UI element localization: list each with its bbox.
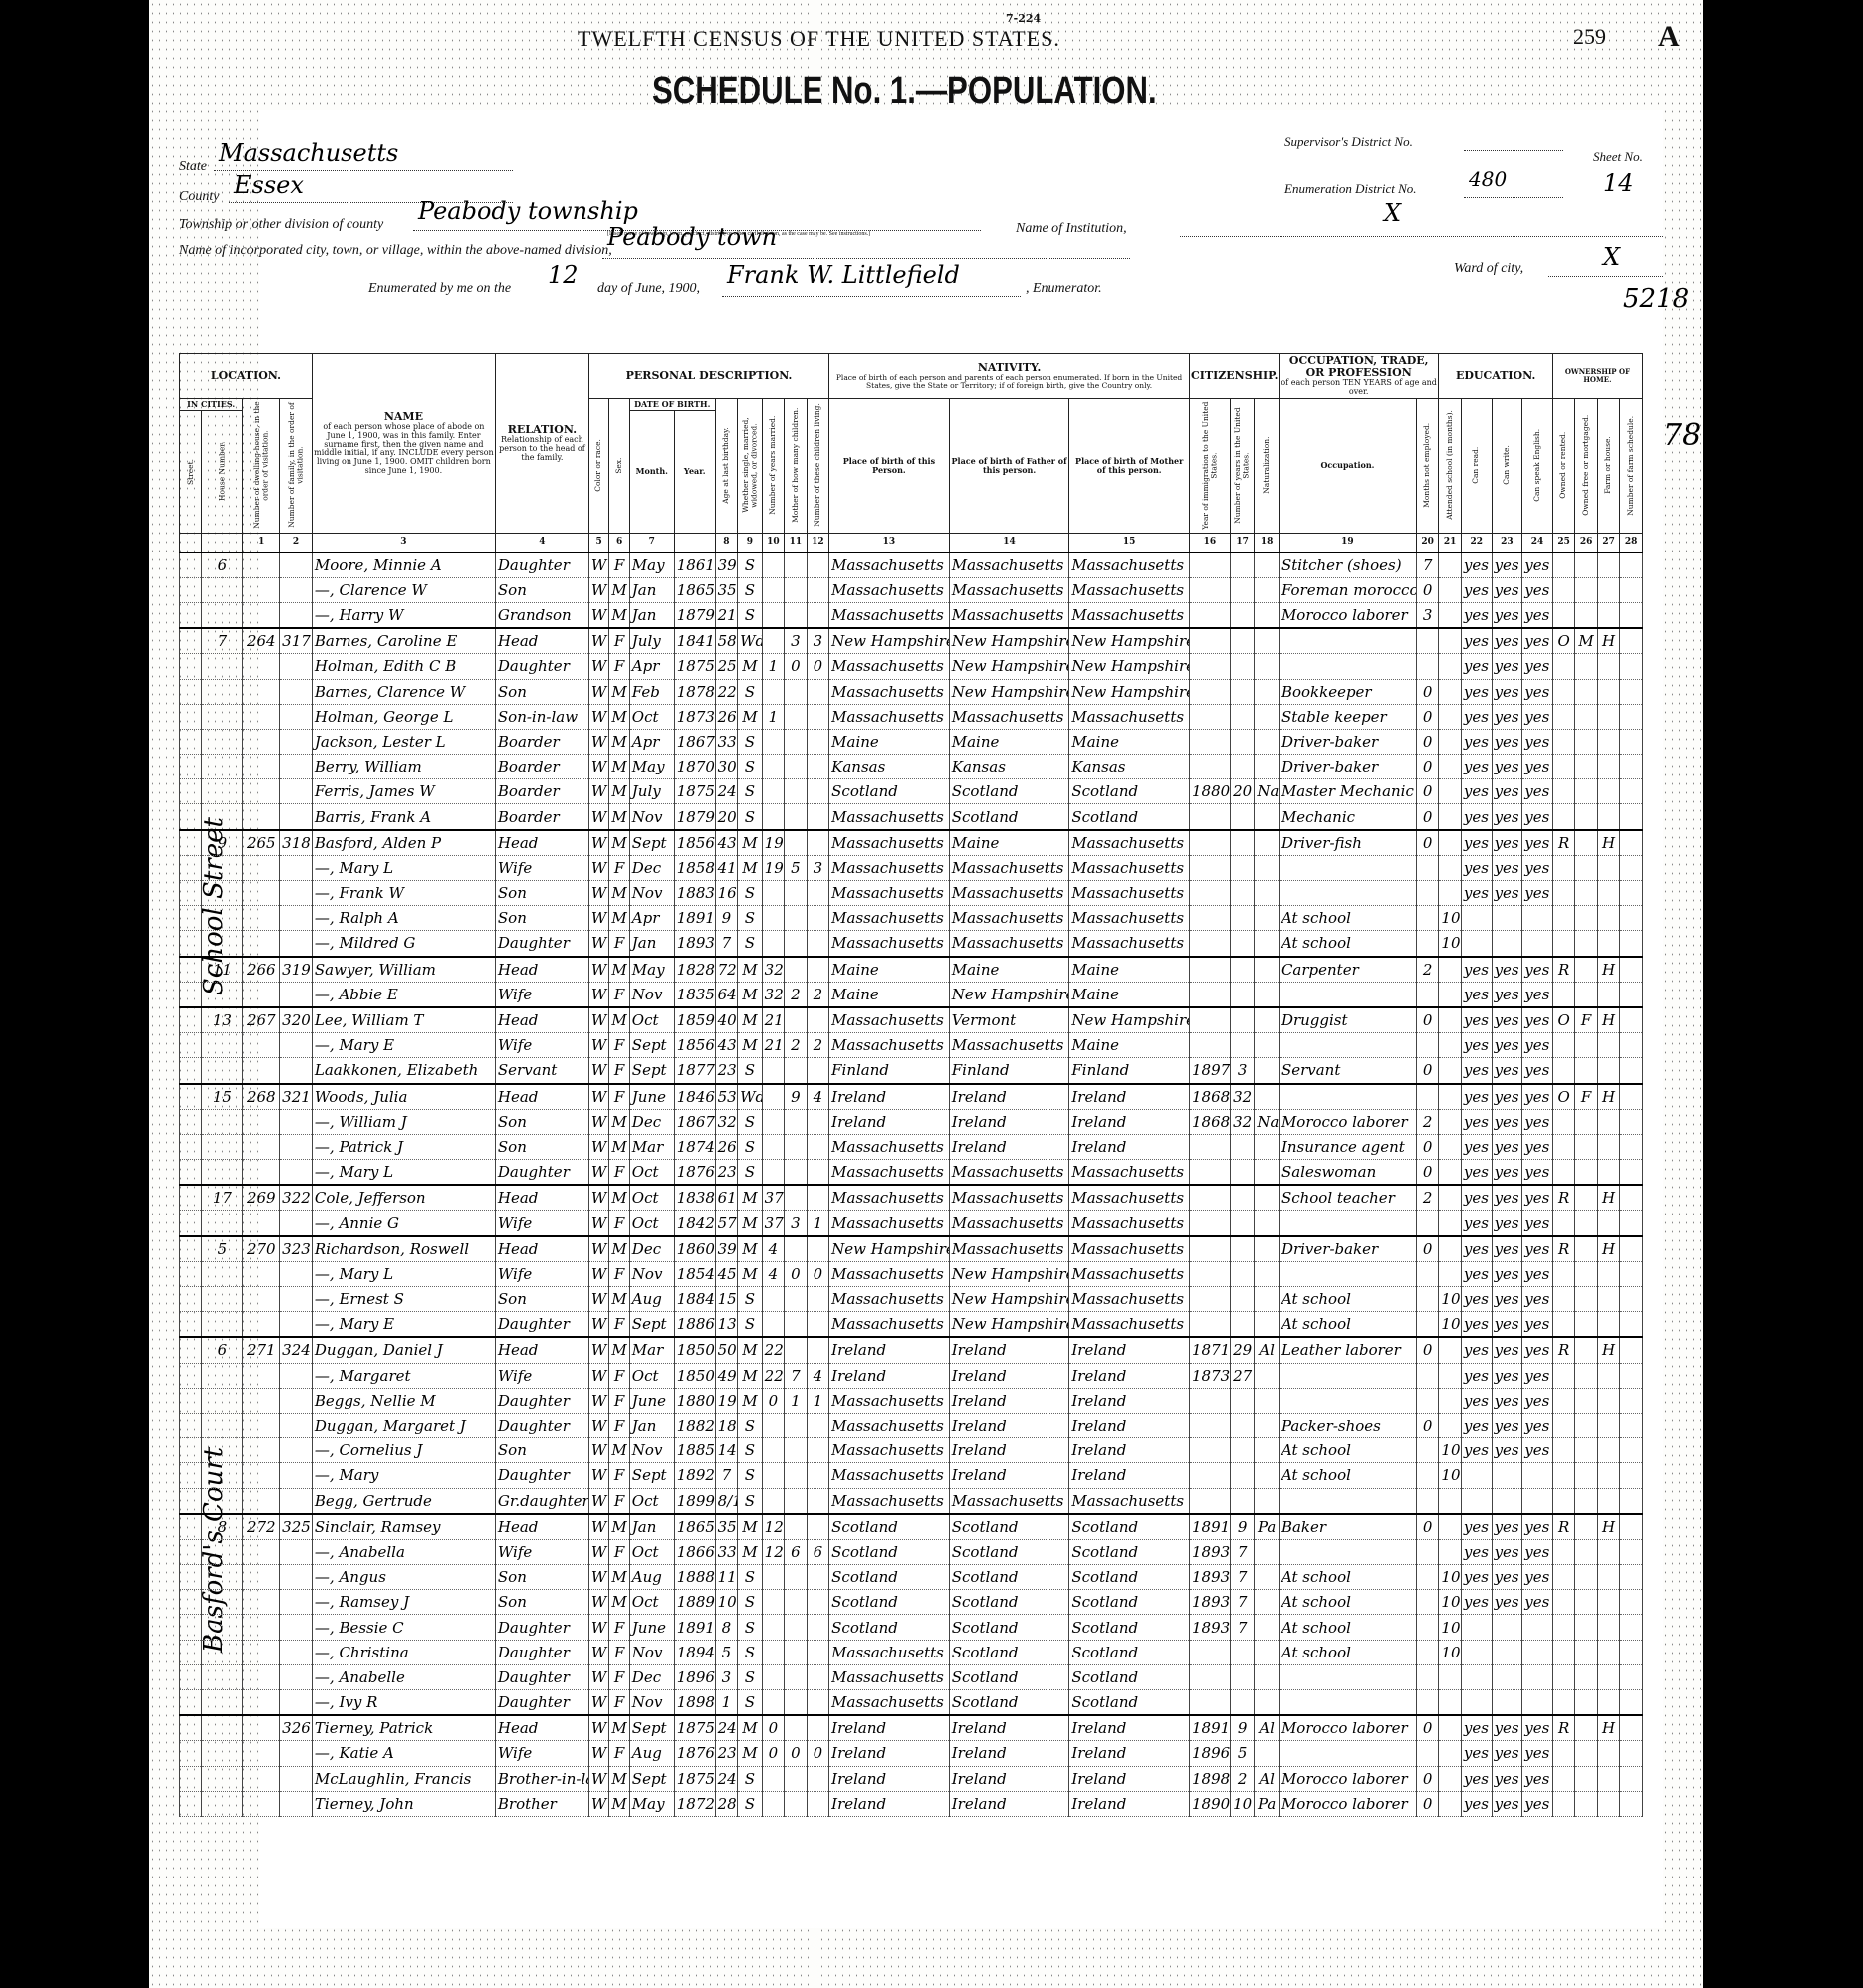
cell-occ: School teacher: [1279, 1185, 1416, 1211]
cell-ym: 1: [762, 654, 784, 679]
cell-own: [1552, 1160, 1574, 1186]
cell-imm: 1880: [1190, 779, 1231, 804]
cell-color: W: [588, 1312, 608, 1338]
cell-sex: F: [609, 1615, 629, 1640]
cell-read: [1461, 1488, 1492, 1514]
cell-unemp: 3: [1416, 602, 1439, 628]
cell-mo: Dec: [629, 1109, 674, 1134]
cell-fh: [1597, 1565, 1619, 1590]
cell-unemp: [1416, 855, 1439, 880]
cell-own: [1552, 1312, 1574, 1338]
table-row: —, MaryDaughterWFSept18927SMassachusetts…: [180, 1463, 1643, 1488]
cell-house: [202, 602, 243, 628]
cell-mar: M: [738, 704, 763, 729]
cell-unemp: 0: [1416, 1413, 1439, 1437]
cell-dw: [243, 1791, 280, 1816]
cell-rel: Brother: [495, 1791, 588, 1816]
cell-fs: [1620, 1791, 1643, 1816]
cell-moc: [785, 1565, 807, 1590]
cell-fs: [1620, 1363, 1643, 1388]
cell-moc: 9: [785, 1084, 807, 1110]
cell-ym: [762, 602, 784, 628]
cell-sch: 10: [1439, 1312, 1461, 1338]
cell-fs: [1620, 1590, 1643, 1615]
cell-fs: [1620, 1514, 1643, 1540]
cell-street: [180, 1363, 202, 1388]
cell-dw: 272: [243, 1514, 280, 1540]
cell-fh: H: [1597, 1185, 1619, 1211]
cell-imm: [1190, 679, 1231, 704]
cell-moc: 0: [785, 1741, 807, 1766]
cell-write: yes: [1492, 1715, 1522, 1741]
cell-own: [1552, 779, 1574, 804]
cell-fam: [280, 1261, 313, 1286]
cell-fs: [1620, 654, 1643, 679]
cell-occ: Bookkeeper: [1279, 679, 1416, 704]
column-number: 16: [1190, 533, 1231, 552]
cell-bp: New Hampshire: [829, 628, 950, 654]
cell-own: [1552, 1590, 1574, 1615]
cell-yus: 9: [1230, 1715, 1255, 1741]
cell-name: —, Angus: [312, 1565, 495, 1590]
cell-nat: [1255, 957, 1280, 983]
cell-occ: At school: [1279, 1615, 1416, 1640]
cell-unemp: [1416, 1640, 1439, 1664]
cell-eng: yes: [1522, 654, 1553, 679]
cell-name: Tierney, Patrick: [312, 1715, 495, 1741]
cell-yus: 7: [1230, 1590, 1255, 1615]
cell-house: 9: [202, 830, 243, 856]
cell-name: Jackson, Lester L: [312, 729, 495, 754]
cell-house: [202, 1058, 243, 1084]
cell-occ: At school: [1279, 1590, 1416, 1615]
cell-house: [202, 1211, 243, 1236]
cell-fs: [1620, 881, 1643, 906]
cell-imm: [1190, 855, 1231, 880]
cell-fam: [280, 1664, 313, 1689]
cell-sch: [1439, 1791, 1461, 1816]
cell-age: 14: [715, 1438, 737, 1463]
cell-house: 8: [202, 1514, 243, 1540]
cell-color: W: [588, 729, 608, 754]
cell-bp: Massachusetts: [829, 1160, 950, 1186]
cell-dw: [243, 1488, 280, 1514]
cell-fs: [1620, 1033, 1643, 1058]
cell-age: 49: [715, 1363, 737, 1388]
cell-sch: [1439, 1766, 1461, 1791]
cell-cl: [807, 1514, 829, 1540]
cell-mar: S: [738, 1438, 763, 1463]
cell-own: R: [1552, 1715, 1574, 1741]
cell-rel: Brother-in-law: [495, 1766, 588, 1791]
cell-age: 43: [715, 1033, 737, 1058]
cell-yr: 1879: [674, 602, 715, 628]
cell-mar: S: [738, 1640, 763, 1664]
cell-unemp: 0: [1416, 1766, 1439, 1791]
cell-occ: [1279, 1539, 1416, 1564]
cell-write: yes: [1492, 1766, 1522, 1791]
ward-line: [1548, 275, 1663, 277]
cell-moc: [785, 1058, 807, 1084]
cell-fm: [1575, 830, 1597, 856]
cell-moc: [785, 679, 807, 704]
cell-fam: [280, 1463, 313, 1488]
cell-age: 28: [715, 1791, 737, 1816]
cell-street: [180, 1488, 202, 1514]
column-number: 8: [715, 533, 737, 552]
cell-fam: [280, 1615, 313, 1640]
cell-unemp: 0: [1416, 729, 1439, 754]
cell-fh: H: [1597, 830, 1619, 856]
cell-ym: [762, 1488, 784, 1514]
cell-name: Sawyer, William: [312, 957, 495, 983]
column-number: 14: [949, 533, 1069, 552]
cell-fam: [280, 1109, 313, 1134]
cell-street: [180, 1058, 202, 1084]
col-group-location: LOCATION.: [180, 354, 313, 399]
cell-rel: Daughter: [495, 1413, 588, 1437]
cell-name: —, Mary L: [312, 1160, 495, 1186]
cell-fam: [280, 931, 313, 957]
cell-name: —, Patrick J: [312, 1134, 495, 1159]
cell-mo: July: [629, 628, 674, 654]
cell-house: 15: [202, 1084, 243, 1110]
column-number: 24: [1522, 533, 1553, 552]
cell-nat: [1255, 1134, 1280, 1159]
cell-bp: New Hampshire: [829, 1236, 950, 1262]
cell-fm: [1575, 1134, 1597, 1159]
cell-sex: M: [609, 779, 629, 804]
cell-moc: 3: [785, 628, 807, 654]
cell-eng: yes: [1522, 1791, 1553, 1816]
cell-imm: [1190, 1007, 1231, 1033]
cell-own: [1552, 552, 1574, 578]
cell-moc: [785, 1312, 807, 1338]
township-value: Peabody township: [418, 197, 638, 225]
cell-color: W: [588, 1236, 608, 1262]
cell-yr: 1896: [674, 1664, 715, 1689]
cell-occ: Driver-baker: [1279, 755, 1416, 779]
cell-eng: yes: [1522, 1565, 1553, 1590]
cell-house: [202, 1438, 243, 1463]
cell-house: [202, 1791, 243, 1816]
cell-ym: [762, 1287, 784, 1312]
cell-imm: 1868: [1190, 1109, 1231, 1134]
cell-nat: [1255, 1084, 1280, 1110]
cell-eng: yes: [1522, 830, 1553, 856]
cell-fam: [280, 1640, 313, 1664]
cell-imm: [1190, 1312, 1231, 1338]
cell-street: [180, 1312, 202, 1338]
cell-color: W: [588, 779, 608, 804]
cell-yus: [1230, 628, 1255, 654]
cell-moc: [785, 1488, 807, 1514]
cell-yus: [1230, 1211, 1255, 1236]
cell-dw: [243, 1463, 280, 1488]
table-row: Jackson, Lester LBoarderWMApr186733SMain…: [180, 729, 1643, 754]
cell-name: —, Mary L: [312, 855, 495, 880]
cell-mo: Apr: [629, 729, 674, 754]
cell-eng: yes: [1522, 552, 1553, 578]
cell-mo: May: [629, 957, 674, 983]
cell-sex: F: [609, 931, 629, 957]
cell-write: [1492, 1664, 1522, 1689]
cell-eng: yes: [1522, 1134, 1553, 1159]
column-number: [180, 533, 202, 552]
cell-cl: [807, 1058, 829, 1084]
cell-mo: May: [629, 755, 674, 779]
cell-bf: Scotland: [949, 1539, 1069, 1564]
cell-age: 45: [715, 1261, 737, 1286]
cell-fm: [1575, 804, 1597, 830]
cell-yr: 1891: [674, 1615, 715, 1640]
cell-color: W: [588, 1109, 608, 1134]
cell-fm: [1575, 1640, 1597, 1664]
table-row: Tierney, JohnBrotherWMMay187228SIrelandI…: [180, 1791, 1643, 1816]
cell-nat: [1255, 931, 1280, 957]
cell-cl: [807, 881, 829, 906]
cell-own: [1552, 1664, 1574, 1689]
cell-moc: [785, 1664, 807, 1689]
cell-bm: Ireland: [1069, 1791, 1190, 1816]
cell-write: yes: [1492, 1007, 1522, 1033]
cell-fm: [1575, 881, 1597, 906]
cell-write: yes: [1492, 1565, 1522, 1590]
cell-rel: Wife: [495, 855, 588, 880]
cell-yr: 1889: [674, 1590, 715, 1615]
cell-dw: [243, 729, 280, 754]
cell-dw: [243, 552, 280, 578]
cell-fs: [1620, 855, 1643, 880]
cell-own: [1552, 931, 1574, 957]
cell-fm: [1575, 1791, 1597, 1816]
cell-read: [1461, 1664, 1492, 1689]
cell-bm: Massachusetts: [1069, 577, 1190, 602]
cell-eng: yes: [1522, 1084, 1553, 1110]
col-birth-mother: Place of birth of Mother of this person.: [1069, 398, 1190, 533]
cell-color: W: [588, 1640, 608, 1664]
cell-occ: Leather laborer: [1279, 1337, 1416, 1363]
cell-bf: Ireland: [949, 1741, 1069, 1766]
cell-fh: [1597, 1590, 1619, 1615]
cell-fam: [280, 855, 313, 880]
cell-street: [180, 1766, 202, 1791]
cell-mo: Nov: [629, 982, 674, 1007]
cell-ym: 32: [762, 957, 784, 983]
cell-color: W: [588, 1134, 608, 1159]
cell-dw: [243, 602, 280, 628]
cell-moc: [785, 881, 807, 906]
cell-rel: Daughter: [495, 1640, 588, 1664]
cell-mar: M: [738, 855, 763, 880]
cell-fs: [1620, 1058, 1643, 1084]
cell-mo: Oct: [629, 1007, 674, 1033]
cell-sch: [1439, 1109, 1461, 1134]
enumerated-suffix: day of June, 1900,: [597, 281, 700, 297]
cell-fs: [1620, 1312, 1643, 1338]
cell-write: yes: [1492, 602, 1522, 628]
cell-write: yes: [1492, 1791, 1522, 1816]
table-row: 9265318Basford, Alden PHeadWMSept185643M…: [180, 830, 1643, 856]
cell-fs: [1620, 957, 1643, 983]
cell-dw: [243, 1261, 280, 1286]
cell-dw: [243, 1312, 280, 1338]
cell-mo: Sept: [629, 1058, 674, 1084]
cell-sex: M: [609, 704, 629, 729]
cell-color: W: [588, 1741, 608, 1766]
cell-street: [180, 1514, 202, 1540]
cell-eng: yes: [1522, 755, 1553, 779]
cell-mo: Dec: [629, 855, 674, 880]
cell-mo: Apr: [629, 654, 674, 679]
cell-mo: Apr: [629, 906, 674, 931]
cell-sex: F: [609, 1033, 629, 1058]
col-attended-school: Attended school (in months).: [1439, 398, 1461, 533]
cell-moc: [785, 1615, 807, 1640]
cell-bm: Ireland: [1069, 1463, 1190, 1488]
cell-sex: M: [609, 729, 629, 754]
cell-mar: S: [738, 679, 763, 704]
cell-ym: [762, 755, 784, 779]
cell-ym: [762, 679, 784, 704]
cell-yus: [1230, 1134, 1255, 1159]
cell-mar: S: [738, 1664, 763, 1689]
cell-fm: [1575, 1488, 1597, 1514]
col-name: NAMEof each person whose place of abode …: [312, 354, 495, 534]
cell-imm: 1891: [1190, 1715, 1231, 1741]
table-row: —, William JSonWMDec186732SIrelandIrelan…: [180, 1109, 1643, 1134]
cell-own: R: [1552, 1337, 1574, 1363]
cell-street: [180, 1160, 202, 1186]
cell-fam: [280, 1565, 313, 1590]
cell-rel: Wife: [495, 1363, 588, 1388]
cell-street: [180, 628, 202, 654]
cell-write: yes: [1492, 957, 1522, 983]
cell-bf: Massachusetts: [949, 855, 1069, 880]
cell-name: —, Annie G: [312, 1211, 495, 1236]
cell-fm: [1575, 1463, 1597, 1488]
cell-name: —, Cornelius J: [312, 1438, 495, 1463]
cell-unemp: [1416, 1565, 1439, 1590]
cell-mo: Sept: [629, 1715, 674, 1741]
cell-name: —, Ernest S: [312, 1287, 495, 1312]
cell-rel: Head: [495, 1185, 588, 1211]
cell-house: [202, 654, 243, 679]
cell-bf: Massachusetts: [949, 906, 1069, 931]
cell-eng: yes: [1522, 1413, 1553, 1437]
cell-mo: Nov: [629, 1690, 674, 1716]
cell-bf: Ireland: [949, 1084, 1069, 1110]
cell-write: yes: [1492, 1287, 1522, 1312]
cell-street: [180, 931, 202, 957]
cell-bf: Massachusetts: [949, 1211, 1069, 1236]
cell-nat: Na: [1255, 779, 1280, 804]
cell-mo: June: [629, 1615, 674, 1640]
column-number: [674, 533, 715, 552]
cell-mo: May: [629, 552, 674, 578]
cell-age: 35: [715, 1514, 737, 1540]
cell-imm: 1897: [1190, 1058, 1231, 1084]
column-number: 9: [738, 533, 763, 552]
cell-bp: Massachusetts: [829, 1388, 950, 1413]
cell-mar: S: [738, 1287, 763, 1312]
cell-mar: S: [738, 1160, 763, 1186]
cell-nat: [1255, 1690, 1280, 1716]
cell-bm: Scotland: [1069, 804, 1190, 830]
cell-own: [1552, 1033, 1574, 1058]
cell-yus: [1230, 906, 1255, 931]
cell-dw: [243, 1539, 280, 1564]
cell-fh: [1597, 1312, 1619, 1338]
cell-house: [202, 1664, 243, 1689]
cell-yus: 7: [1230, 1615, 1255, 1640]
cell-age: 72: [715, 957, 737, 983]
cell-imm: 1893: [1190, 1565, 1231, 1590]
city-label: Name of incorporated city, town, or vill…: [179, 243, 612, 259]
cell-yus: [1230, 552, 1255, 578]
cell-mar: M: [738, 1539, 763, 1564]
cell-color: W: [588, 855, 608, 880]
cell-bm: Maine: [1069, 729, 1190, 754]
cell-mo: Sept: [629, 1033, 674, 1058]
cell-read: yes: [1461, 654, 1492, 679]
column-number: 26: [1575, 533, 1597, 552]
cell-own: [1552, 755, 1574, 779]
cell-read: yes: [1461, 982, 1492, 1007]
cell-own: [1552, 1261, 1574, 1286]
cell-own: [1552, 679, 1574, 704]
cell-read: yes: [1461, 1033, 1492, 1058]
cell-bf: New Hampshire: [949, 982, 1069, 1007]
cell-write: yes: [1492, 704, 1522, 729]
cell-ym: [762, 931, 784, 957]
cell-unemp: [1416, 1388, 1439, 1413]
cell-bm: Ireland: [1069, 1109, 1190, 1134]
cell-cl: 3: [807, 855, 829, 880]
cell-house: [202, 1766, 243, 1791]
cell-color: W: [588, 628, 608, 654]
cell-imm: [1190, 982, 1231, 1007]
cell-bp: Massachusetts: [829, 1185, 950, 1211]
cell-own: O: [1552, 1007, 1574, 1033]
cell-occ: At school: [1279, 1565, 1416, 1590]
cell-cl: 3: [807, 628, 829, 654]
cell-fh: H: [1597, 957, 1619, 983]
cell-rel: Son: [495, 1565, 588, 1590]
cell-rel: Wife: [495, 1033, 588, 1058]
cell-cl: 1: [807, 1388, 829, 1413]
cell-read: [1461, 906, 1492, 931]
cell-dw: [243, 1766, 280, 1791]
cell-nat: [1255, 1539, 1280, 1564]
cell-bf: Scotland: [949, 1690, 1069, 1716]
cell-yr: 1866: [674, 1539, 715, 1564]
table-row: 8272325Sinclair, RamseyHeadWMJan186535M1…: [180, 1514, 1643, 1540]
cell-read: yes: [1461, 729, 1492, 754]
cell-sch: [1439, 957, 1461, 983]
cell-rel: Daughter: [495, 1664, 588, 1689]
cell-mo: Oct: [629, 1185, 674, 1211]
table-row: —, AngusSonWMAug188811SScotlandScotlandS…: [180, 1565, 1643, 1590]
cell-write: yes: [1492, 1438, 1522, 1463]
cell-fs: [1620, 577, 1643, 602]
cell-yus: [1230, 1413, 1255, 1437]
cell-ym: [762, 1690, 784, 1716]
cell-yus: [1230, 1287, 1255, 1312]
cell-name: —, Katie A: [312, 1741, 495, 1766]
cell-unemp: 0: [1416, 679, 1439, 704]
cell-write: yes: [1492, 1236, 1522, 1262]
